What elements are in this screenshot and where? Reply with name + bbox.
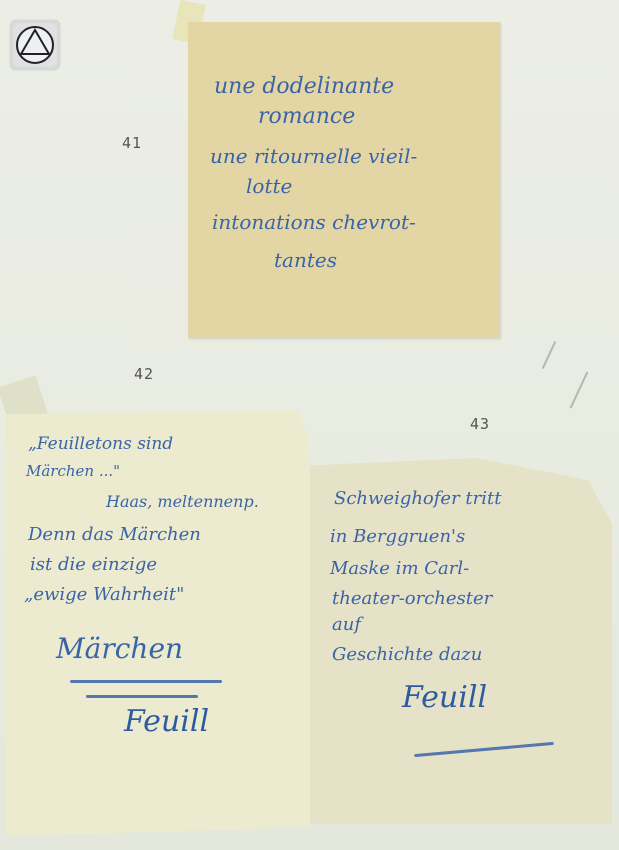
note-line: ist die einzige — [30, 554, 157, 575]
note-42: „Feuilletons sind Märchen ..." Haas, mel… — [6, 410, 310, 836]
note-heading: Märchen — [56, 632, 183, 665]
pencil-mark — [570, 371, 589, 408]
note-line: in Berggruen's — [330, 526, 465, 547]
note-line: une ritournelle vieil- — [210, 144, 417, 168]
pencil-mark — [542, 341, 556, 369]
note-line: Haas, meltennenp. — [106, 492, 259, 511]
note-line: „Feuilletons sind — [28, 434, 173, 454]
mounting-board: 41 42 43 une dodelinante romance une rit… — [0, 0, 619, 850]
signature: Feuill — [402, 680, 487, 715]
note-line: theater-orchester — [332, 588, 492, 609]
note-line: lotte — [246, 174, 292, 198]
signature: Feuill — [124, 704, 209, 739]
note-41: une dodelinante romance une ritournelle … — [188, 22, 500, 338]
page-number-41: 41 — [122, 134, 142, 152]
note-line: intonations chevrot- — [212, 210, 416, 234]
circle-triangle-icon — [10, 20, 60, 70]
note-line: Denn das Märchen — [28, 524, 201, 545]
page-number-43: 43 — [470, 415, 490, 433]
note-line: Märchen ..." — [26, 462, 120, 480]
note-line: „ewige Wahrheit" — [24, 584, 184, 605]
note-line: une dodelinante — [214, 74, 394, 99]
underline — [70, 680, 222, 683]
underline — [86, 695, 198, 698]
note-line: Geschichte dazu — [332, 644, 482, 665]
archive-stamp — [10, 20, 60, 70]
underline — [414, 742, 554, 757]
note-line: Maske im Carl- — [330, 558, 469, 579]
note-line: auf — [332, 614, 361, 635]
page-number-42: 42 — [134, 365, 154, 383]
note-line: tantes — [274, 248, 337, 272]
note-line: romance — [258, 104, 355, 129]
note-line: Schweighofer tritt — [334, 488, 501, 509]
note-43: Schweighofer tritt in Berggruen's Maske … — [310, 458, 612, 824]
